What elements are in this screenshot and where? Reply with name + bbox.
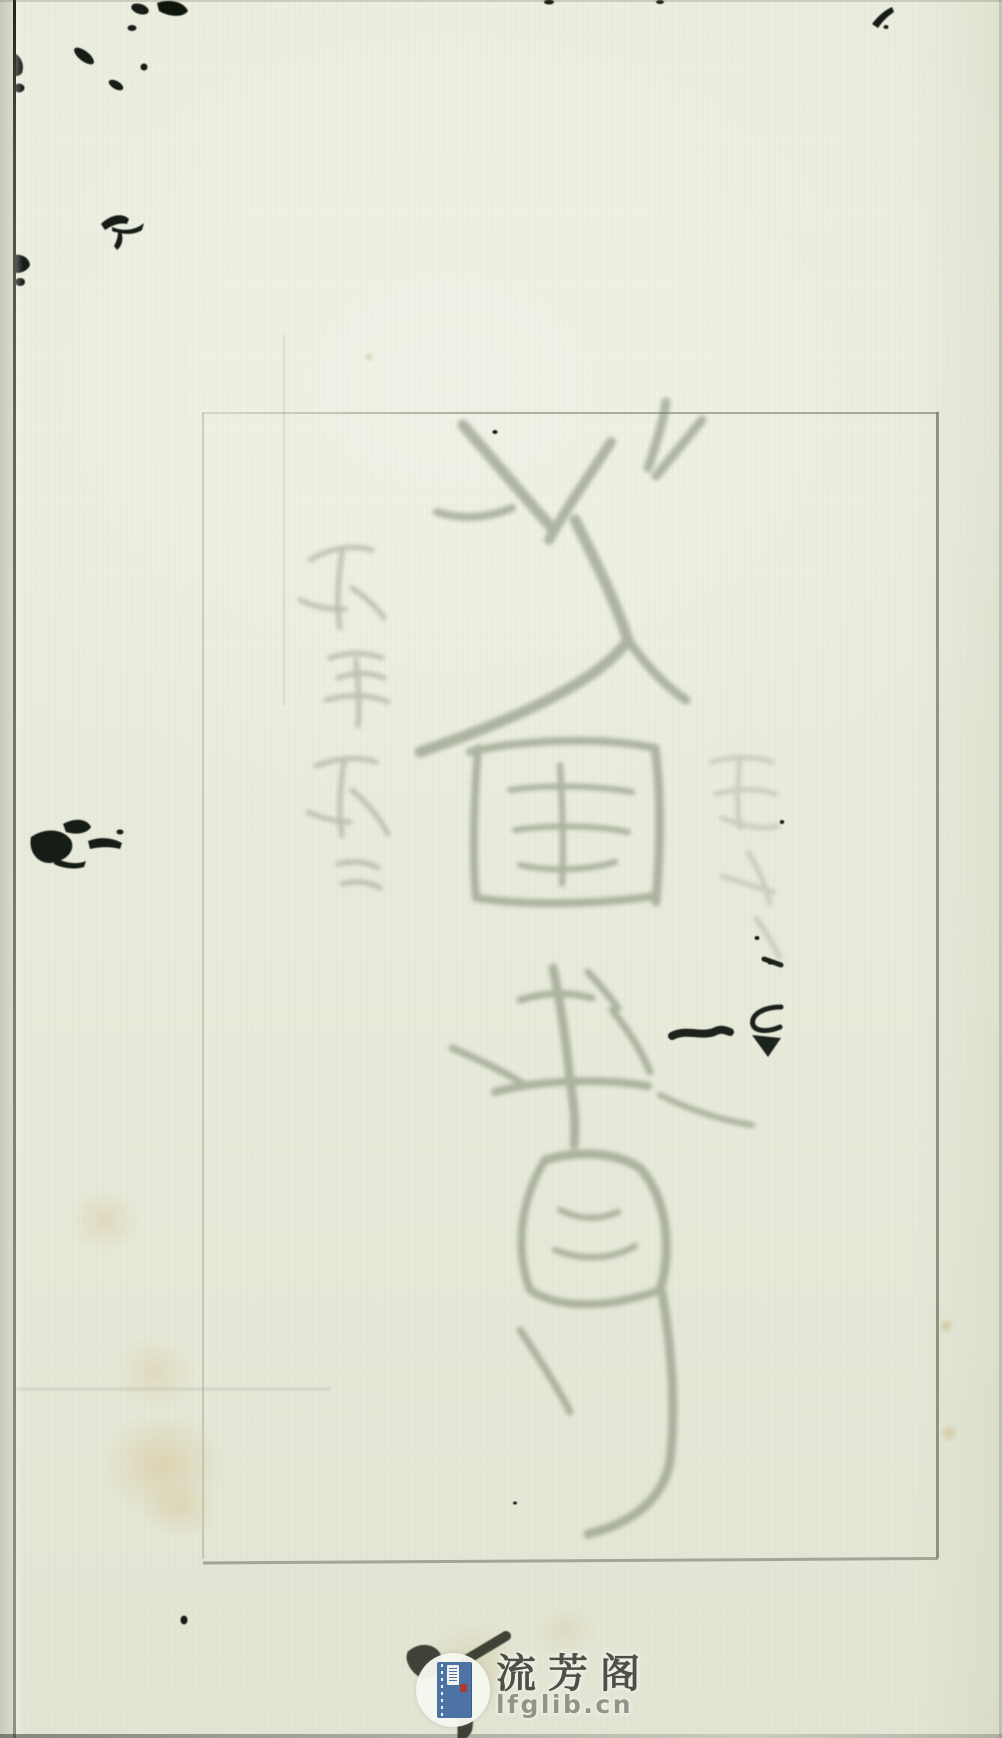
scan-marks-layer bbox=[0, 0, 1002, 1738]
book-title-label bbox=[447, 1665, 459, 1685]
book-stitching bbox=[441, 1664, 443, 1716]
watermark-site-name: 流芳阁 bbox=[496, 1653, 716, 1695]
bleedthrough-left-column bbox=[300, 547, 388, 888]
book-page: 流芳阁 lfglib.cn bbox=[0, 0, 1002, 1738]
ink-volume-mark bbox=[672, 959, 781, 1057]
watermark-site-domain: lfglib.cn bbox=[496, 1690, 716, 1719]
bleedthrough-right-column bbox=[712, 758, 780, 959]
page-bottom-edge bbox=[0, 1734, 1002, 1738]
bleedthrough-title-column bbox=[420, 402, 752, 1534]
page-top-edge bbox=[0, 0, 1002, 2]
book-title-label-text bbox=[449, 1667, 457, 1681]
red-seal-icon bbox=[460, 1684, 467, 1692]
fold-highlight bbox=[16, 0, 23, 1738]
page-gutter-strip bbox=[0, 0, 13, 1738]
